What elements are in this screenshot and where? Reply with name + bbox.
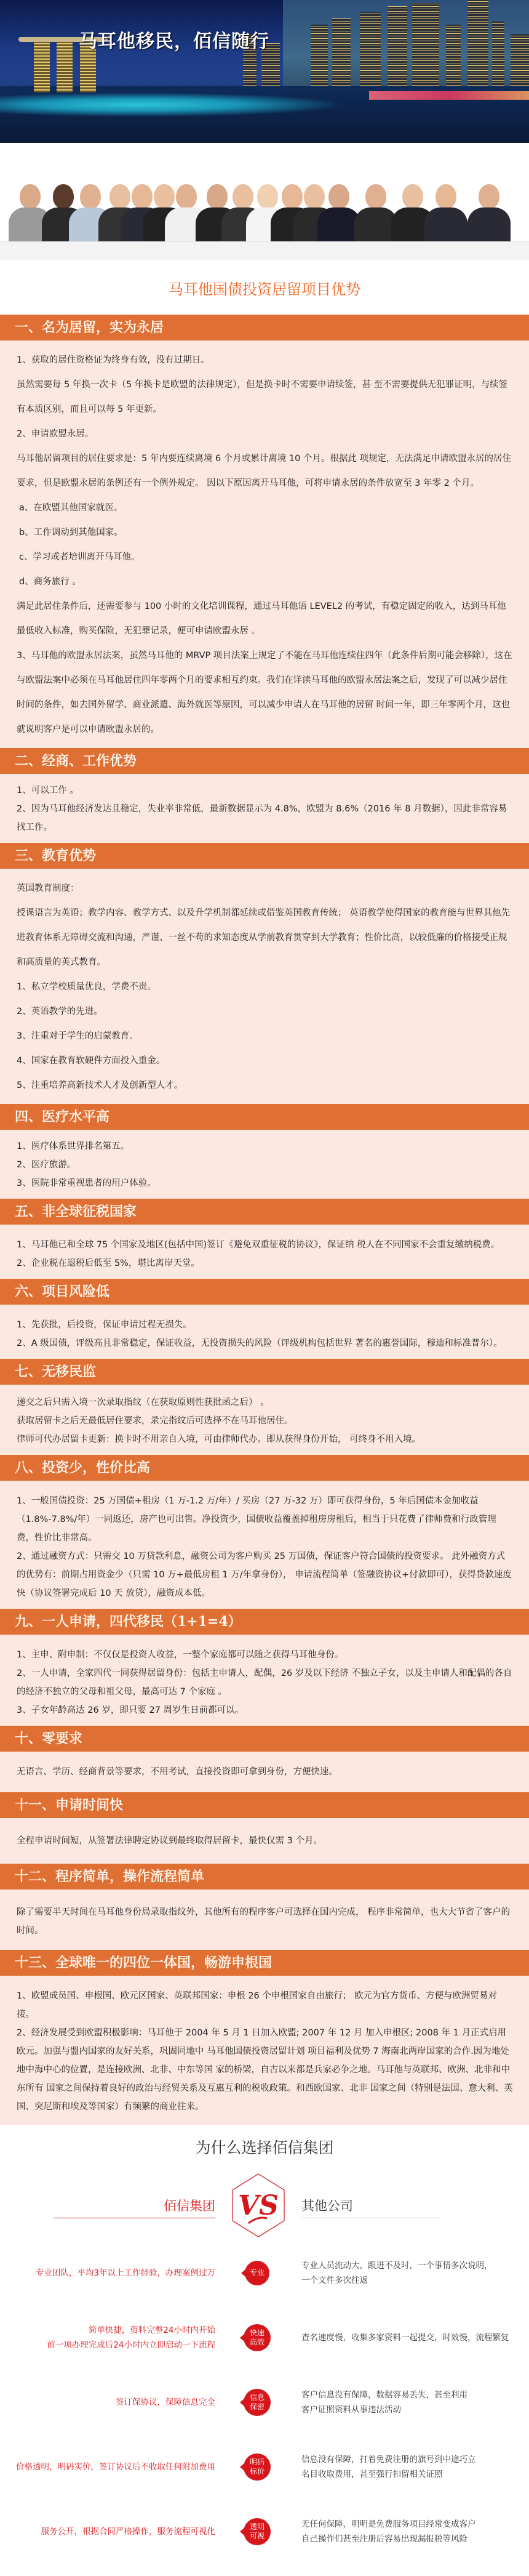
paragraph: 2、因为马耳他经济发达且稳定，失业率非常低，最新数据显示为 4.8%，欧盟为 8…	[17, 800, 513, 837]
paragraph: 1、欧盟成员国、申根国、欧元区国家、英联邦国家：申根 26 个申根国家自由旅行；…	[17, 1987, 513, 2024]
comparison-row: 专业团队，平均3年以上工作经验，办理案例过万 专业 专业人员流动大，跟进不及时，…	[0, 2240, 529, 2305]
section-heading: 十二、程序简单，操作流程简单	[0, 1864, 529, 1890]
other-disadvantage: 查名速度慢，收集多家资料一起提交，时效慢，流程繁复	[301, 2330, 509, 2345]
paragraph: 1、先获批，后投资，保证申请过程无损失。	[17, 1316, 513, 1334]
section-body: 无语言、学历、经商背景等要求，不用考试，直接投资即可拿到身份，方便快速。	[0, 1752, 529, 1792]
paragraph: 2、英语教学的先进。	[17, 999, 513, 1024]
section-heading: 五、非全球征税国家	[0, 1199, 529, 1225]
paragraph: 1、马耳他已和全球 75 个国家及地区(包括中国)签订《避免双重征税的协议》，保…	[17, 1236, 513, 1254]
brand-underline	[54, 2218, 215, 2218]
paragraph: 3、马耳他的欧盟永居法案，虽然马耳他的 MRVP 项目法案上规定了不能在马耳他连…	[17, 643, 513, 742]
brand-name: 佰信集团	[164, 2196, 215, 2215]
paragraph: 全程申请时间短，从签署法律聘定协议到最终取得居留卡，最快仅需 3 个月。	[17, 1832, 513, 1850]
other-company-name: 其他公司	[301, 2196, 353, 2215]
comparison-row: 服务公开，根据合同严格操作，服务流程可视化 透明可视 无任何保障，明明是免费服务…	[0, 2499, 529, 2564]
page-title: 马耳他国债投资居留项目优势	[0, 260, 529, 315]
paragraph: 满足此居住条件后，还需要参与 100 小时的文化培训课程，通过马耳他语 LEVE…	[17, 594, 513, 643]
paragraph: 无语言、学历、经商背景等要求，不用考试，直接投资即可拿到身份，方便快速。	[17, 1763, 513, 1781]
other-disadvantage: 客户信息没有保障，数据容易丢失，甚至利用 客户证照资料从事违法活动	[301, 2388, 467, 2417]
section-body: 1、先获批，后投资，保证申请过程无损失。 2、A 级国债，评级高且非常稳定，保证…	[0, 1305, 529, 1359]
paragraph: 5、注重培养高新技术人才及创新型人才。	[17, 1073, 513, 1098]
brand-advantage: 服务公开，根据合同严格操作，服务流程可视化	[41, 2524, 216, 2539]
badge-label: 透明可视	[249, 2522, 265, 2541]
section-heading: 二、经商、工作优势	[0, 748, 529, 774]
section-heading: 十一、申请时间快	[0, 1792, 529, 1818]
paragraph: 2、医疗旅游。	[17, 1156, 513, 1174]
section-body: 1、欧盟成员国、申根国、欧元区国家、英联邦国家：申根 26 个申根国家自由旅行；…	[0, 1976, 529, 2125]
other-disadvantage: 无任何保障，明明是免费服务项目经常变成客户 自己操作们甚至注册后容易出现漏报税等…	[301, 2517, 476, 2546]
section-heading: 一、名为居留，实为永居	[0, 315, 529, 340]
section-body: 1、医疗体系世界排名第五。 2、医疗旅游。 3、医院非常重视患者的用户体验。	[0, 1130, 529, 1199]
section-11: 十一、申请时间快 全程申请时间短，从签署法律聘定协议到最终取得居留卡，最快仅需 …	[0, 1792, 529, 1864]
section-body: 1、主申、附申制：不仅仅是投资人收益，一整个家庭都可以随之获得马耳他身份。 2、…	[0, 1635, 529, 1726]
water-lights	[0, 92, 344, 117]
section-heading: 十、零要求	[0, 1726, 529, 1752]
other-underline	[301, 2218, 439, 2218]
paragraph: 授课语言为英语；教学内容、教学方式、以及升学机制都延续或借鉴英国教育传统； 英语…	[17, 901, 513, 975]
badge-label: 明码标价	[249, 2458, 265, 2476]
badge-label: 信息保密	[249, 2393, 265, 2412]
hero-title: 马耳他移民，佰信随行	[79, 26, 269, 53]
people-banner-image	[0, 143, 529, 260]
section-4: 四、医疗水平高 1、医疗体系世界排名第五。 2、医疗旅游。 3、医院非常重视患者…	[0, 1104, 529, 1199]
section-12: 十二、程序简单，操作流程简单 除了需要半天时间在马耳他身份局录取指纹外，其他所有…	[0, 1864, 529, 1950]
paragraph: a、在欧盟其他国家就医。	[17, 496, 513, 520]
paragraph: 1、医疗体系世界排名第五。	[17, 1137, 513, 1156]
speech-bubble-icon: 透明可视	[244, 2518, 271, 2545]
paragraph: 律师可代办居留卡更新：换卡时不用亲自入境，可由律师代办。即从获得身份开始， 可终…	[17, 1430, 513, 1449]
brand-advantage: 价格透明，明码实价，签订协议后不收取任何附加费用	[16, 2460, 215, 2474]
section-body: 1、马耳他已和全球 75 个国家及地区(包括中国)签订《避免双重征税的协议》，保…	[0, 1225, 529, 1279]
paragraph: 获取居留卡之后无最低居住要求，录完指纹后可选择不在马耳他居住。	[17, 1412, 513, 1430]
brand-advantage: 简单快捷，资料完整24小时内开始 前一项办理完成后24小时内立即启动一下流程	[47, 2323, 215, 2353]
vs-icon: VS	[230, 2173, 287, 2238]
section-body: 除了需要半天时间在马耳他身份局录取指纹外，其他所有的程序客户可选择在国内完成， …	[0, 1890, 529, 1950]
section-heading: 六、项目风险低	[0, 1279, 529, 1305]
sections-container: 一、名为居留，实为永居 1、获取的居住资格证为终身有效，没有过期日。 虽然需要每…	[0, 315, 529, 2125]
section-heading: 四、医疗水平高	[0, 1104, 529, 1130]
brand-advantage: 签订保协议，保障信息完全	[116, 2395, 215, 2410]
comparison-row: 签订保协议，保障信息完全 信息保密 客户信息没有保障，数据容易丢失，甚至利用 客…	[0, 2370, 529, 2434]
section-body: 1、可以工作 。 2、因为马耳他经济发达且稳定，失业率非常低，最新数据显示为 4…	[0, 774, 529, 843]
section-6: 六、项目风险低 1、先获批，后投资，保证申请过程无损失。 2、A 级国债，评级高…	[0, 1279, 529, 1359]
paragraph: 3、医院非常重视患者的用户体验。	[17, 1174, 513, 1193]
section-heading: 七、无移民监	[0, 1359, 529, 1385]
paragraph: 虽然需要每 5 年换一次卡（5 年换卡是欧盟的法律规定），但是换卡时不需要申请续…	[17, 372, 513, 422]
section-8: 八、投资少，性价比高 1、一般国债投资：25 万国债+租房（1 万-1.2 万/…	[0, 1455, 529, 1609]
section-body: 全程申请时间短，从签署法律聘定协议到最终取得居留卡，最快仅需 3 个月。	[0, 1818, 529, 1864]
paragraph: 2、通过融资方式：只需交 10 万贷款利息，融资公司为客户购买 25 万国债，保…	[17, 1547, 513, 1603]
paragraph: 2、A 级国债，评级高且非常稳定，保证收益，无投资损失的风险（评级机构包括世界 …	[17, 1334, 513, 1353]
section-9: 九、一人申请，四代移民（1+1=4） 1、主申、附申制：不仅仅是投资人收益，一整…	[0, 1609, 529, 1726]
paragraph: 2、经济发展受到欧盟积极影响：马耳他于 2004 年 5 月 1 日加入欧盟; …	[17, 2024, 513, 2116]
speech-bubble-icon: 快速高效	[244, 2324, 271, 2351]
other-disadvantage: 信息没有保障，打着免费注册的旗号到中途巧立 名目收取费用，甚至强行扣留相关证照	[301, 2452, 476, 2482]
section-heading: 十三、全球唯一的四位一体国，畅游申根国	[0, 1950, 529, 1976]
section-5: 五、非全球征税国家 1、马耳他已和全球 75 个国家及地区(包括中国)签订《避免…	[0, 1199, 529, 1279]
paragraph: 除了需要半天时间在马耳他身份局录取指纹外，其他所有的程序客户可选择在国内完成， …	[17, 1903, 513, 1940]
brand-advantage: 专业团队，平均3年以上工作经验，办理案例过万	[36, 2266, 215, 2280]
speech-bubble-icon: 专业	[245, 2261, 269, 2285]
section-body: 英国教育制度： 授课语言为英语；教学内容、教学方式、以及升学机制都延续或借鉴英国…	[0, 869, 529, 1104]
paragraph: 马耳他居留项目的居住要求是：5 年内要连续离境 6 个月或累计离境 10 个月。…	[17, 446, 513, 496]
comparison-row: 简单快捷，资料完整24小时内开始 前一项办理完成后24小时内立即启动一下流程 快…	[0, 2305, 529, 2370]
section-heading: 八、投资少，性价比高	[0, 1455, 529, 1481]
speech-bubble-icon: 信息保密	[244, 2389, 271, 2416]
white-board	[0, 241, 529, 260]
paragraph: 英国教育制度：	[17, 876, 513, 901]
svg-text:VS: VS	[238, 2190, 279, 2221]
section-3: 三、教育优势 英国教育制度： 授课语言为英语；教学内容、教学方式、以及升学机制都…	[0, 843, 529, 1104]
paragraph: 3、注重对于学生的启蒙教育。	[17, 1024, 513, 1049]
paragraph: 4、国家在教育软硬件方面投入重金。	[17, 1049, 513, 1073]
paragraph: b、工作调动到其他国家。	[17, 520, 513, 545]
badge-label: 快速高效	[249, 2328, 265, 2347]
paragraph: 1、获取的居住资格证为终身有效，没有过期日。	[17, 348, 513, 372]
bridge-lights	[369, 91, 529, 100]
paragraph: 1、主申、附申制：不仅仅是投资人收益，一整个家庭都可以随之获得马耳他身份。	[17, 1646, 513, 1664]
comparison-section: 为什么选择佰信集团 佰信集团 VS 其他公司 专业团队，平均3年以上工作经验，办…	[0, 2125, 529, 2576]
comparison-row: 价格透明，明码实价，签订协议后不收取任何附加费用 明码标价 信息没有保障，打着免…	[0, 2434, 529, 2499]
vs-header: 佰信集团 VS 其他公司	[0, 2173, 529, 2240]
paragraph: 2、申请欧盟永居。	[17, 422, 513, 446]
hero-banner: 马耳他移民，佰信随行	[0, 0, 529, 143]
speech-bubble-icon: 明码标价	[244, 2453, 271, 2481]
paragraph: 2、一人申请，全家四代一同获得居留身份：包括主申请人，配偶，26 岁及以下经济 …	[17, 1664, 513, 1701]
section-7: 七、无移民监 递交之后只需入境一次录取指纹（在获取原则性获批函之后） 。 获取居…	[0, 1359, 529, 1455]
city-skyline-image	[243, 0, 529, 92]
section-2: 二、经商、工作优势 1、可以工作 。 2、因为马耳他经济发达且稳定，失业率非常低…	[0, 748, 529, 843]
section-body: 递交之后只需入境一次录取指纹（在获取原则性获批函之后） 。 获取居留卡之后无最低…	[0, 1385, 529, 1455]
other-disadvantage: 专业人员流动大，跟进不及时，一个事情多次说明， 一个文件多次往返	[301, 2258, 493, 2288]
paragraph: c、学习或者培训离开马耳他。	[17, 545, 513, 570]
comparison-title: 为什么选择佰信集团	[0, 2136, 529, 2158]
section-1: 一、名为居留，实为永居 1、获取的居住资格证为终身有效，没有过期日。 虽然需要每…	[0, 315, 529, 748]
paragraph: 1、一般国债投资：25 万国债+租房（1 万-1.2 万/年）/ 买房（27 万…	[17, 1492, 513, 1547]
paragraph: 2、企业税在退税后低至 5%，堪比离岸天堂。	[17, 1254, 513, 1273]
section-13: 十三、全球唯一的四位一体国，畅游申根国 1、欧盟成员国、申根国、欧元区国家、英联…	[0, 1950, 529, 2125]
paragraph: 3、子女年龄高达 26 岁，即只要 27 周岁生日前都可以。	[17, 1701, 513, 1720]
section-body: 1、获取的居住资格证为终身有效，没有过期日。 虽然需要每 5 年换一次卡（5 年…	[0, 340, 529, 748]
paragraph: 递交之后只需入境一次录取指纹（在获取原则性获批函之后） 。	[17, 1393, 513, 1412]
section-body: 1、一般国债投资：25 万国债+租房（1 万-1.2 万/年）/ 买房（27 万…	[0, 1481, 529, 1609]
section-heading: 九、一人申请，四代移民（1+1=4）	[0, 1609, 529, 1635]
paragraph: 1、私立学校质量优良，学费不贵。	[17, 975, 513, 999]
paragraph: d、商务旅行 。	[17, 570, 513, 594]
section-heading: 三、教育优势	[0, 843, 529, 869]
section-10: 十、零要求 无语言、学历、经商背景等要求，不用考试，直接投资即可拿到身份，方便快…	[0, 1726, 529, 1792]
paragraph: 1、可以工作 。	[17, 781, 513, 800]
